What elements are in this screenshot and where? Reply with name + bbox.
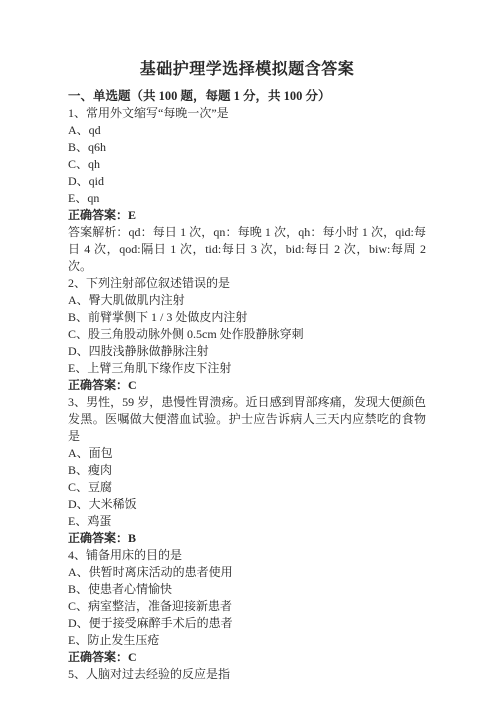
question-5-stem: 5、人脑对过去经验的反应是指: [68, 666, 426, 683]
question-1-answer: 正确答案：E: [68, 207, 426, 224]
question-2-option-d: D、四肢浅静脉做静脉注射: [68, 343, 426, 360]
question-3-option-b: B、瘦肉: [68, 462, 426, 479]
document-page: 基础护理学选择模拟题含答案 一、单选题（共 100 题，每题 1 分，共 100…: [0, 0, 500, 707]
section-heading: 一、单选题（共 100 题，每题 1 分，共 100 分）: [68, 88, 426, 105]
document-body: 基础护理学选择模拟题含答案 一、单选题（共 100 题，每题 1 分，共 100…: [0, 0, 500, 683]
question-2-option-c: C、股三角股动脉外侧 0.5cm 处作股静脉穿刺: [68, 326, 426, 343]
question-1-option-d: D、qid: [68, 173, 426, 190]
question-3-stem: 3、男性，59 岁，患慢性胃溃疡。近日感到胃部疼痛，发现大便颜色发黑。医嘱做大便…: [68, 394, 426, 445]
question-3-option-c: C、豆腐: [68, 479, 426, 496]
question-4-stem: 4、铺备用床的目的是: [68, 547, 426, 564]
question-1-option-c: C、qh: [68, 156, 426, 173]
question-5-block: 5、人脑对过去经验的反应是指: [68, 666, 426, 683]
question-3-option-e: E、鸡蛋: [68, 513, 426, 530]
question-2-option-a: A、臀大肌做肌内注射: [68, 292, 426, 309]
question-2-block: 2、下列注射部位叙述错误的是 A、臀大肌做肌内注射 B、前臂掌侧下 1 / 3 …: [68, 275, 426, 394]
document-title: 基础护理学选择模拟题含答案: [68, 58, 426, 82]
question-4-option-e: E、防止发生压疮: [68, 632, 426, 649]
question-2-option-e: E、上臂三角肌下缘作皮下注射: [68, 360, 426, 377]
question-3-option-d: D、大米稀饭: [68, 496, 426, 513]
question-1-stem: 1、常用外文缩写“每晚一次”是: [68, 105, 426, 122]
question-4-option-b: B、使患者心情愉快: [68, 581, 426, 598]
question-2-stem: 2、下列注射部位叙述错误的是: [68, 275, 426, 292]
question-2-option-b: B、前臂掌侧下 1 / 3 处做皮内注射: [68, 309, 426, 326]
question-4-option-c: C、病室整洁，准备迎接新患者: [68, 598, 426, 615]
question-4-answer: 正确答案：C: [68, 649, 426, 666]
question-2-answer: 正确答案：C: [68, 377, 426, 394]
question-1-explanation: 答案解析：qd：每日 1 次，qn：每晚 1 次，qh：每小时 1 次，qid:…: [68, 224, 426, 275]
question-3-block: 3、男性，59 岁，患慢性胃溃疡。近日感到胃部疼痛，发现大便颜色发黑。医嘱做大便…: [68, 394, 426, 547]
question-1-option-e: E、qn: [68, 190, 426, 207]
question-4-option-d: D、便于接受麻醉手术后的患者: [68, 615, 426, 632]
question-1-option-a: A、qd: [68, 122, 426, 139]
question-4-option-a: A、供暂时离床活动的患者使用: [68, 564, 426, 581]
question-1-block: 1、常用外文缩写“每晚一次”是 A、qd B、q6h C、qh D、qid E、…: [68, 105, 426, 275]
question-4-block: 4、铺备用床的目的是 A、供暂时离床活动的患者使用 B、使患者心情愉快 C、病室…: [68, 547, 426, 666]
question-3-answer: 正确答案：B: [68, 530, 426, 547]
question-3-option-a: A、面包: [68, 445, 426, 462]
question-1-option-b: B、q6h: [68, 139, 426, 156]
